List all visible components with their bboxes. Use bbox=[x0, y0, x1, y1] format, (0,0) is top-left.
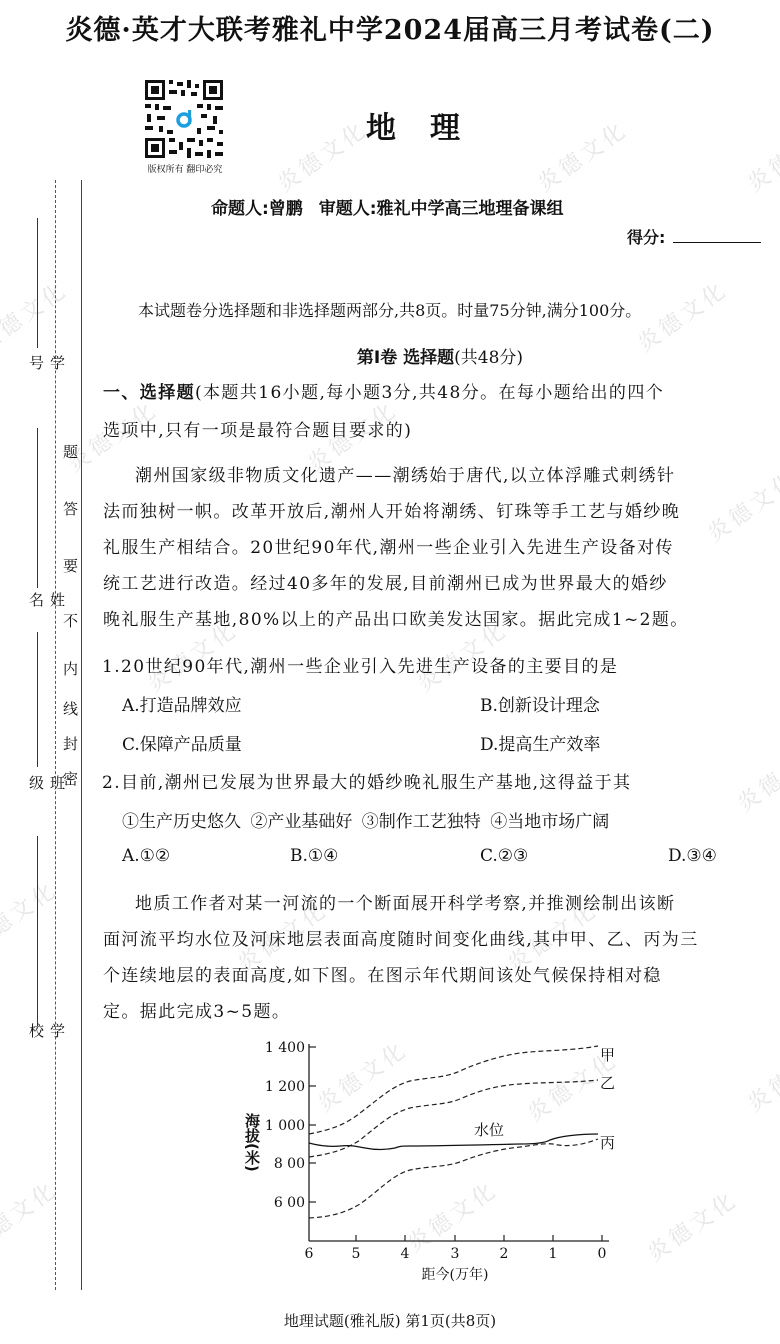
class-field[interactable] bbox=[37, 632, 38, 767]
y-tick: 1 400 bbox=[265, 1040, 305, 1056]
watermark: 炎德文化 bbox=[641, 1183, 744, 1268]
passage-line: 个连续地层的表面高度,如下图。在图示年代期间该处气候保持相对稳 bbox=[103, 961, 662, 986]
seal-char: 不 bbox=[63, 610, 78, 631]
passage-line: 统工艺进行改造。经过40多年的发展,目前潮州已成为世界最大的婚纱 bbox=[103, 569, 668, 594]
label-jia: 甲 bbox=[600, 1046, 615, 1064]
passage-line: 面河流平均水位及河床地层表面高度随时间变化曲线,其中甲、乙、丙为三 bbox=[103, 925, 699, 950]
seal-char: 答 bbox=[63, 498, 78, 519]
series-water-level bbox=[309, 1134, 598, 1150]
passage-line: 法而独树一帜。改革开放后,潮州人开始将潮绣、钉珠等手工艺与婚纱晚 bbox=[103, 497, 680, 522]
x-tick: 6 bbox=[305, 1246, 314, 1262]
y-tick: 6 00 bbox=[274, 1195, 305, 1211]
seal-char: 内 bbox=[63, 658, 78, 679]
exam-intro: 本试题卷分选择题和非选择题两部分,共8页。时量75分钟,满分100分。 bbox=[138, 298, 641, 321]
part-instruction: (本题共16小题,每小题3分,共48分。在每小题给出的四个 bbox=[195, 383, 664, 403]
question-2-stem: 2.目前,潮州已发展为世界最大的婚纱晚礼服生产基地,这得益于其 bbox=[102, 768, 631, 793]
part-heading-bold: 一、选择题 bbox=[103, 383, 195, 403]
x-tick: 3 bbox=[451, 1246, 460, 1262]
watermark: 炎德文化 bbox=[731, 733, 780, 818]
series-bing bbox=[309, 1139, 598, 1218]
seal-char: 线 bbox=[63, 698, 78, 719]
question-1-option-b[interactable]: B.创新设计理念 bbox=[480, 691, 600, 716]
x-axis-label: 距今(万年) bbox=[422, 1266, 489, 1283]
name-label: 姓名 bbox=[26, 592, 68, 615]
x-tick: 2 bbox=[500, 1246, 509, 1262]
line-chart: 1 400 1 200 1 000 8 00 6 00 6 5 4 3 2 1 … bbox=[240, 1030, 630, 1290]
y-tick: 1 000 bbox=[265, 1118, 305, 1134]
question-2-option-c[interactable]: C.②③ bbox=[480, 846, 528, 866]
school-field[interactable] bbox=[37, 836, 38, 1026]
x-tick: 5 bbox=[352, 1246, 361, 1262]
label-yi: 乙 bbox=[600, 1074, 615, 1092]
question-2-option-d[interactable]: D.③④ bbox=[668, 846, 717, 866]
passage-line: 潮州国家级非物质文化遗产——潮绣始于唐代,以立体浮雕式刺绣针 bbox=[135, 461, 675, 486]
question-2-option-b[interactable]: B.①④ bbox=[290, 846, 338, 866]
binding-dotted-line bbox=[55, 180, 56, 1290]
passage-line: 礼服生产相结合。20世纪90年代,潮州一些企业引入先进生产设备对传 bbox=[103, 533, 674, 558]
section-title-bold: 第Ⅰ卷 选择题 bbox=[357, 348, 454, 368]
watermark: 炎德文化 bbox=[0, 1173, 64, 1258]
page-footer: 地理试题(雅礼版) 第1页(共8页) bbox=[0, 1310, 780, 1331]
student-id-field[interactable] bbox=[37, 218, 38, 348]
seal-char: 密 bbox=[63, 768, 78, 789]
section-title: 第Ⅰ卷 选择题(共48分) bbox=[0, 343, 780, 368]
question-1-stem: 1.20世纪90年代,潮州一些企业引入先进生产设备的主要目的是 bbox=[102, 652, 618, 677]
passage-line: 定。据此完成3~5题。 bbox=[103, 997, 290, 1022]
y-axis-label: 海拔(米) bbox=[243, 1112, 261, 1172]
seal-char: 题 bbox=[63, 441, 78, 462]
question-2-option-a[interactable]: A.①② bbox=[122, 846, 170, 866]
qr-caption: 版权所有 翻印必究 bbox=[137, 162, 233, 175]
question-2-statements: ①生产历史悠久 ②产业基础好 ③制作工艺独特 ④当地市场广阔 bbox=[122, 807, 609, 832]
series-jia bbox=[309, 1046, 598, 1134]
elevation-chart: 1 400 1 200 1 000 8 00 6 00 6 5 4 3 2 1 … bbox=[240, 1030, 630, 1290]
x-tick: 0 bbox=[598, 1246, 607, 1262]
question-1-option-d[interactable]: D.提高生产效率 bbox=[480, 730, 600, 755]
question-1-option-c[interactable]: C.保障产品质量 bbox=[122, 730, 242, 755]
label-water-level: 水位 bbox=[474, 1121, 504, 1139]
passage-line: 晚礼服生产基地,80%以上的产品出口欧美发达国家。据此完成1~2题。 bbox=[103, 605, 689, 630]
authors-line: 命题人:曾鹏 审题人:雅礼中学高三地理备课组 bbox=[211, 194, 564, 219]
passage-line: 地质工作者对某一河流的一个断面展开科学考察,并推测绘制出该断 bbox=[135, 889, 675, 914]
question-1-option-a[interactable]: A.打造品牌效应 bbox=[122, 691, 242, 716]
y-tick: 1 200 bbox=[265, 1079, 305, 1095]
school-label: 学校 bbox=[26, 1023, 68, 1046]
class-label: 班级 bbox=[26, 775, 68, 798]
score-blank[interactable] bbox=[673, 242, 761, 243]
binding-solid-line bbox=[81, 180, 82, 1290]
student-id-label: 学号 bbox=[26, 355, 68, 378]
section-title-rest: (共48分) bbox=[454, 348, 523, 368]
watermark: 炎德文化 bbox=[0, 873, 64, 958]
watermark: 炎德文化 bbox=[741, 1033, 780, 1118]
score-label: 得分: bbox=[627, 225, 665, 248]
watermark: 炎德文化 bbox=[701, 463, 780, 548]
label-bing: 丙 bbox=[600, 1134, 615, 1152]
part-instruction-2: 选项中,只有一项是最符合题目要求的) bbox=[103, 416, 412, 441]
x-tick: 1 bbox=[549, 1246, 558, 1262]
seal-char: 要 bbox=[63, 555, 78, 576]
name-field[interactable] bbox=[37, 428, 38, 588]
part-heading: 一、选择题(本题共16小题,每小题3分,共48分。在每小题给出的四个 bbox=[103, 378, 664, 403]
exam-title: 炎德·英才大联考雅礼中学2024届高三月考试卷(二) bbox=[0, 8, 780, 47]
subject-title: 地理 bbox=[0, 103, 780, 147]
y-tick: 8 00 bbox=[274, 1156, 305, 1172]
seal-char: 封 bbox=[63, 733, 78, 754]
x-tick: 4 bbox=[401, 1246, 410, 1262]
